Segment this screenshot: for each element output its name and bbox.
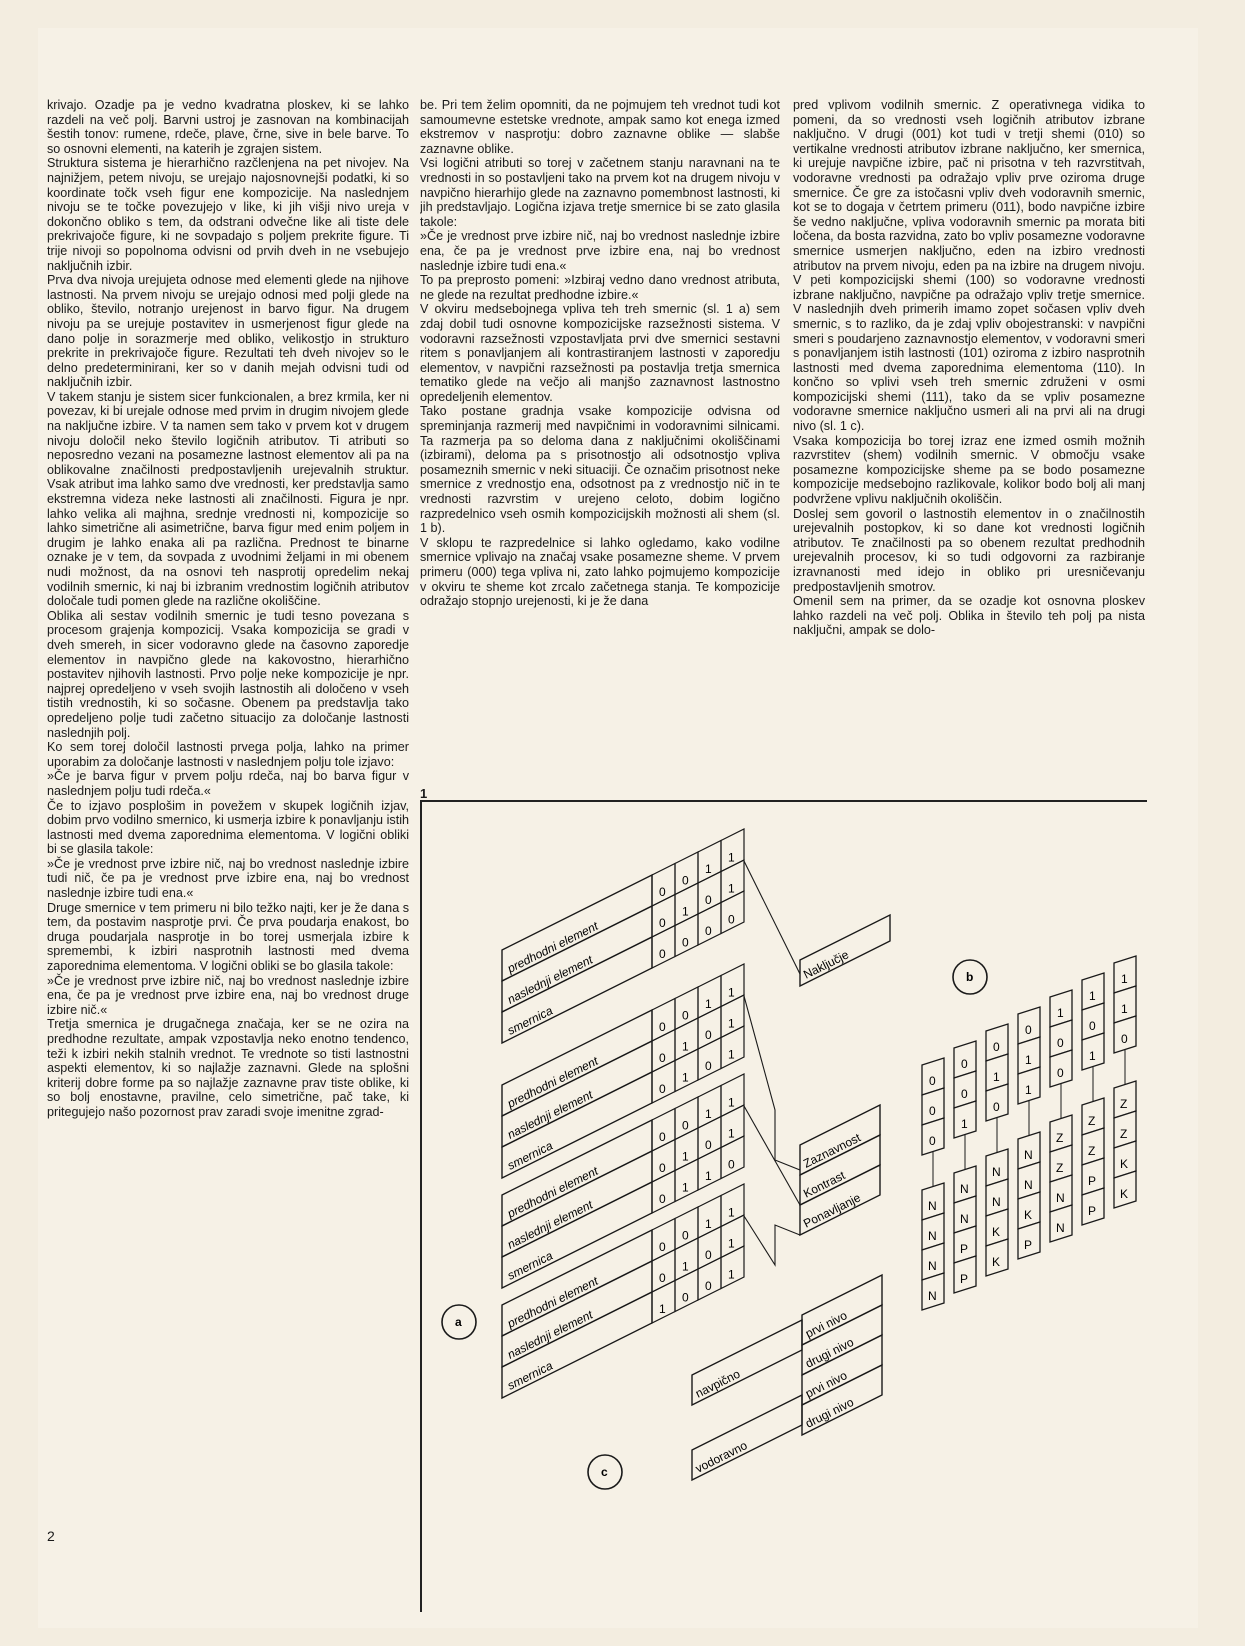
table-cell: 1	[728, 882, 735, 896]
table-cell: 1	[728, 986, 735, 1000]
scheme-letter: N	[1056, 1191, 1065, 1205]
panel-label-b: b	[953, 960, 987, 994]
table-cell: 0	[682, 936, 689, 950]
scheme-letter: N	[960, 1212, 969, 1226]
scheme-code-digit: 1	[1057, 1006, 1064, 1020]
table-cell: 1	[682, 1040, 689, 1054]
table-cell: 0	[659, 1082, 666, 1096]
panel-label-a: a	[442, 1305, 476, 1339]
figure-diagram: predhodni elementnaslednji elementsmerni…	[0, 0, 1245, 1646]
scheme-code-digit: 0	[961, 1087, 968, 1101]
table-cell: 0	[705, 1059, 712, 1073]
scheme-letter: N	[960, 1182, 969, 1196]
table-cell: 0	[659, 1020, 666, 1034]
scheme-code-digit: 0	[1057, 1036, 1064, 1050]
svg-text:c: c	[601, 1465, 608, 1479]
scheme-letter: Z	[1088, 1144, 1095, 1158]
table-cell: 0	[705, 1028, 712, 1042]
scheme-code-digit: 1	[961, 1117, 968, 1131]
table-cell: 0	[682, 1119, 689, 1133]
scheme-letter: P	[960, 1272, 968, 1286]
scheme-code-digit: 1	[1121, 972, 1128, 986]
table-cell: 0	[705, 1248, 712, 1262]
table-cell: 1	[705, 1169, 712, 1183]
svg-text:a: a	[455, 1315, 462, 1329]
scheme-letter: Z	[1120, 1127, 1127, 1141]
logic-table: predhodni elementnaslednji elementsmerni…	[502, 1184, 744, 1398]
scheme-code-digit: 0	[929, 1104, 936, 1118]
scheme-code-digit: 1	[1089, 1049, 1096, 1063]
scheme-letter: N	[992, 1165, 1001, 1179]
scheme-code-digit: 0	[1121, 1032, 1128, 1046]
scheme-column: 101ZZPP	[1082, 973, 1104, 1225]
scheme-letter: K	[1120, 1157, 1128, 1171]
table-cell: 1	[728, 1268, 735, 1282]
scheme-code-digit: 0	[1089, 1019, 1096, 1033]
scheme-code-digit: 0	[929, 1134, 936, 1148]
vodoravno-box: vodoravno	[692, 1395, 802, 1480]
scheme-letter: K	[992, 1225, 1000, 1239]
table-cell: 0	[659, 1051, 666, 1065]
table-cell: 0	[682, 874, 689, 888]
scheme-code-digit: 1	[993, 1070, 1000, 1084]
scheme-letter: N	[1024, 1178, 1033, 1192]
scheme-code-digit: 1	[1121, 1002, 1128, 1016]
table-cell: 0	[705, 924, 712, 938]
table-cell: 1	[728, 1237, 735, 1251]
panel-label-c: c	[588, 1455, 622, 1489]
table-cell: 1	[728, 1206, 735, 1220]
scheme-code-digit: 0	[1057, 1066, 1064, 1080]
scheme-column: 100ZZNN	[1050, 990, 1072, 1242]
table-cell: 1	[659, 1302, 666, 1316]
scheme-letter: K	[992, 1255, 1000, 1269]
scheme-letter: N	[1056, 1221, 1065, 1235]
table-cell: 0	[659, 947, 666, 961]
scheme-code-digit: 1	[1025, 1053, 1032, 1067]
table-cell: 0	[659, 885, 666, 899]
diagram-label: Zaznavnost	[801, 1130, 863, 1171]
table-cell: 0	[705, 893, 712, 907]
scheme-code-digit: 1	[1089, 989, 1096, 1003]
scheme-letter: N	[928, 1229, 937, 1243]
nakljucje-box: Naključje	[800, 915, 890, 986]
scheme-code-digit: 1	[1025, 1083, 1032, 1097]
table-cell: 1	[682, 1150, 689, 1164]
scheme-letter: K	[1120, 1187, 1128, 1201]
scheme-letter: P	[1088, 1204, 1096, 1218]
scheme-letter: N	[928, 1199, 937, 1213]
scheme-code-digit: 0	[993, 1040, 1000, 1054]
scheme-letter: P	[1024, 1238, 1032, 1252]
scheme-column: 010NNKK	[986, 1024, 1008, 1276]
scheme-letter: N	[928, 1259, 937, 1273]
table-cell: 1	[728, 1127, 735, 1141]
scheme-column: 000NNNN	[922, 1058, 944, 1310]
table-cell: 0	[682, 1229, 689, 1243]
table-cell: 0	[659, 1130, 666, 1144]
navpicno-box: navpično	[692, 1320, 802, 1405]
scheme-code-digit: 0	[929, 1074, 936, 1088]
table-cell: 0	[659, 1192, 666, 1206]
scheme-letter: Z	[1056, 1131, 1063, 1145]
table-cell: 0	[705, 1279, 712, 1293]
table-cell: 1	[728, 1048, 735, 1062]
scheme-letter: K	[1024, 1208, 1032, 1222]
scheme-code-digit: 0	[1025, 1023, 1032, 1037]
diagram-label: vodoravno	[693, 1438, 750, 1476]
table-cell: 0	[659, 1161, 666, 1175]
table-cell: 1	[728, 1017, 735, 1031]
scheme-letter: Z	[1056, 1161, 1063, 1175]
scheme-column: 110ZZKK	[1114, 956, 1136, 1208]
scheme-letter: N	[928, 1289, 937, 1303]
svg-text:b: b	[966, 970, 973, 984]
scheme-letter: N	[1024, 1148, 1033, 1162]
scheme-letter: Z	[1088, 1114, 1095, 1128]
scheme-code-digit: 0	[961, 1057, 968, 1071]
table-cell: 0	[682, 1009, 689, 1023]
scheme-letter: P	[960, 1242, 968, 1256]
table-cell: 1	[682, 1260, 689, 1274]
table-cell: 1	[682, 905, 689, 919]
nivo-box: prvi nivodrugi nivoprvi nivodrugi nivo	[802, 1275, 882, 1435]
table-cell: 0	[659, 1271, 666, 1285]
scheme-letter: Z	[1120, 1097, 1127, 1111]
table-cell: 1	[705, 1217, 712, 1231]
table-cell: 0	[682, 1291, 689, 1305]
table-cell: 0	[659, 916, 666, 930]
scheme-column: 001NNPP	[954, 1041, 976, 1293]
scheme-column: 011NNKP	[1018, 1007, 1040, 1259]
table-cell: 1	[682, 1071, 689, 1085]
table-cell: 0	[659, 1240, 666, 1254]
table-cell: 0	[728, 1158, 735, 1172]
table-cell: 1	[705, 997, 712, 1011]
scheme-letter: N	[992, 1195, 1001, 1209]
table-cell: 1	[682, 1181, 689, 1195]
table-cell: 0	[728, 913, 735, 927]
scheme-letter: P	[1088, 1174, 1096, 1188]
table-cell: 0	[705, 1138, 712, 1152]
table-cell: 1	[705, 862, 712, 876]
table-cell: 1	[728, 851, 735, 865]
smernice-box: ZaznavnostKontrastPonavljanje	[800, 1105, 880, 1235]
scheme-code-digit: 0	[993, 1100, 1000, 1114]
table-cell: 1	[705, 1107, 712, 1121]
table-cell: 1	[728, 1096, 735, 1110]
